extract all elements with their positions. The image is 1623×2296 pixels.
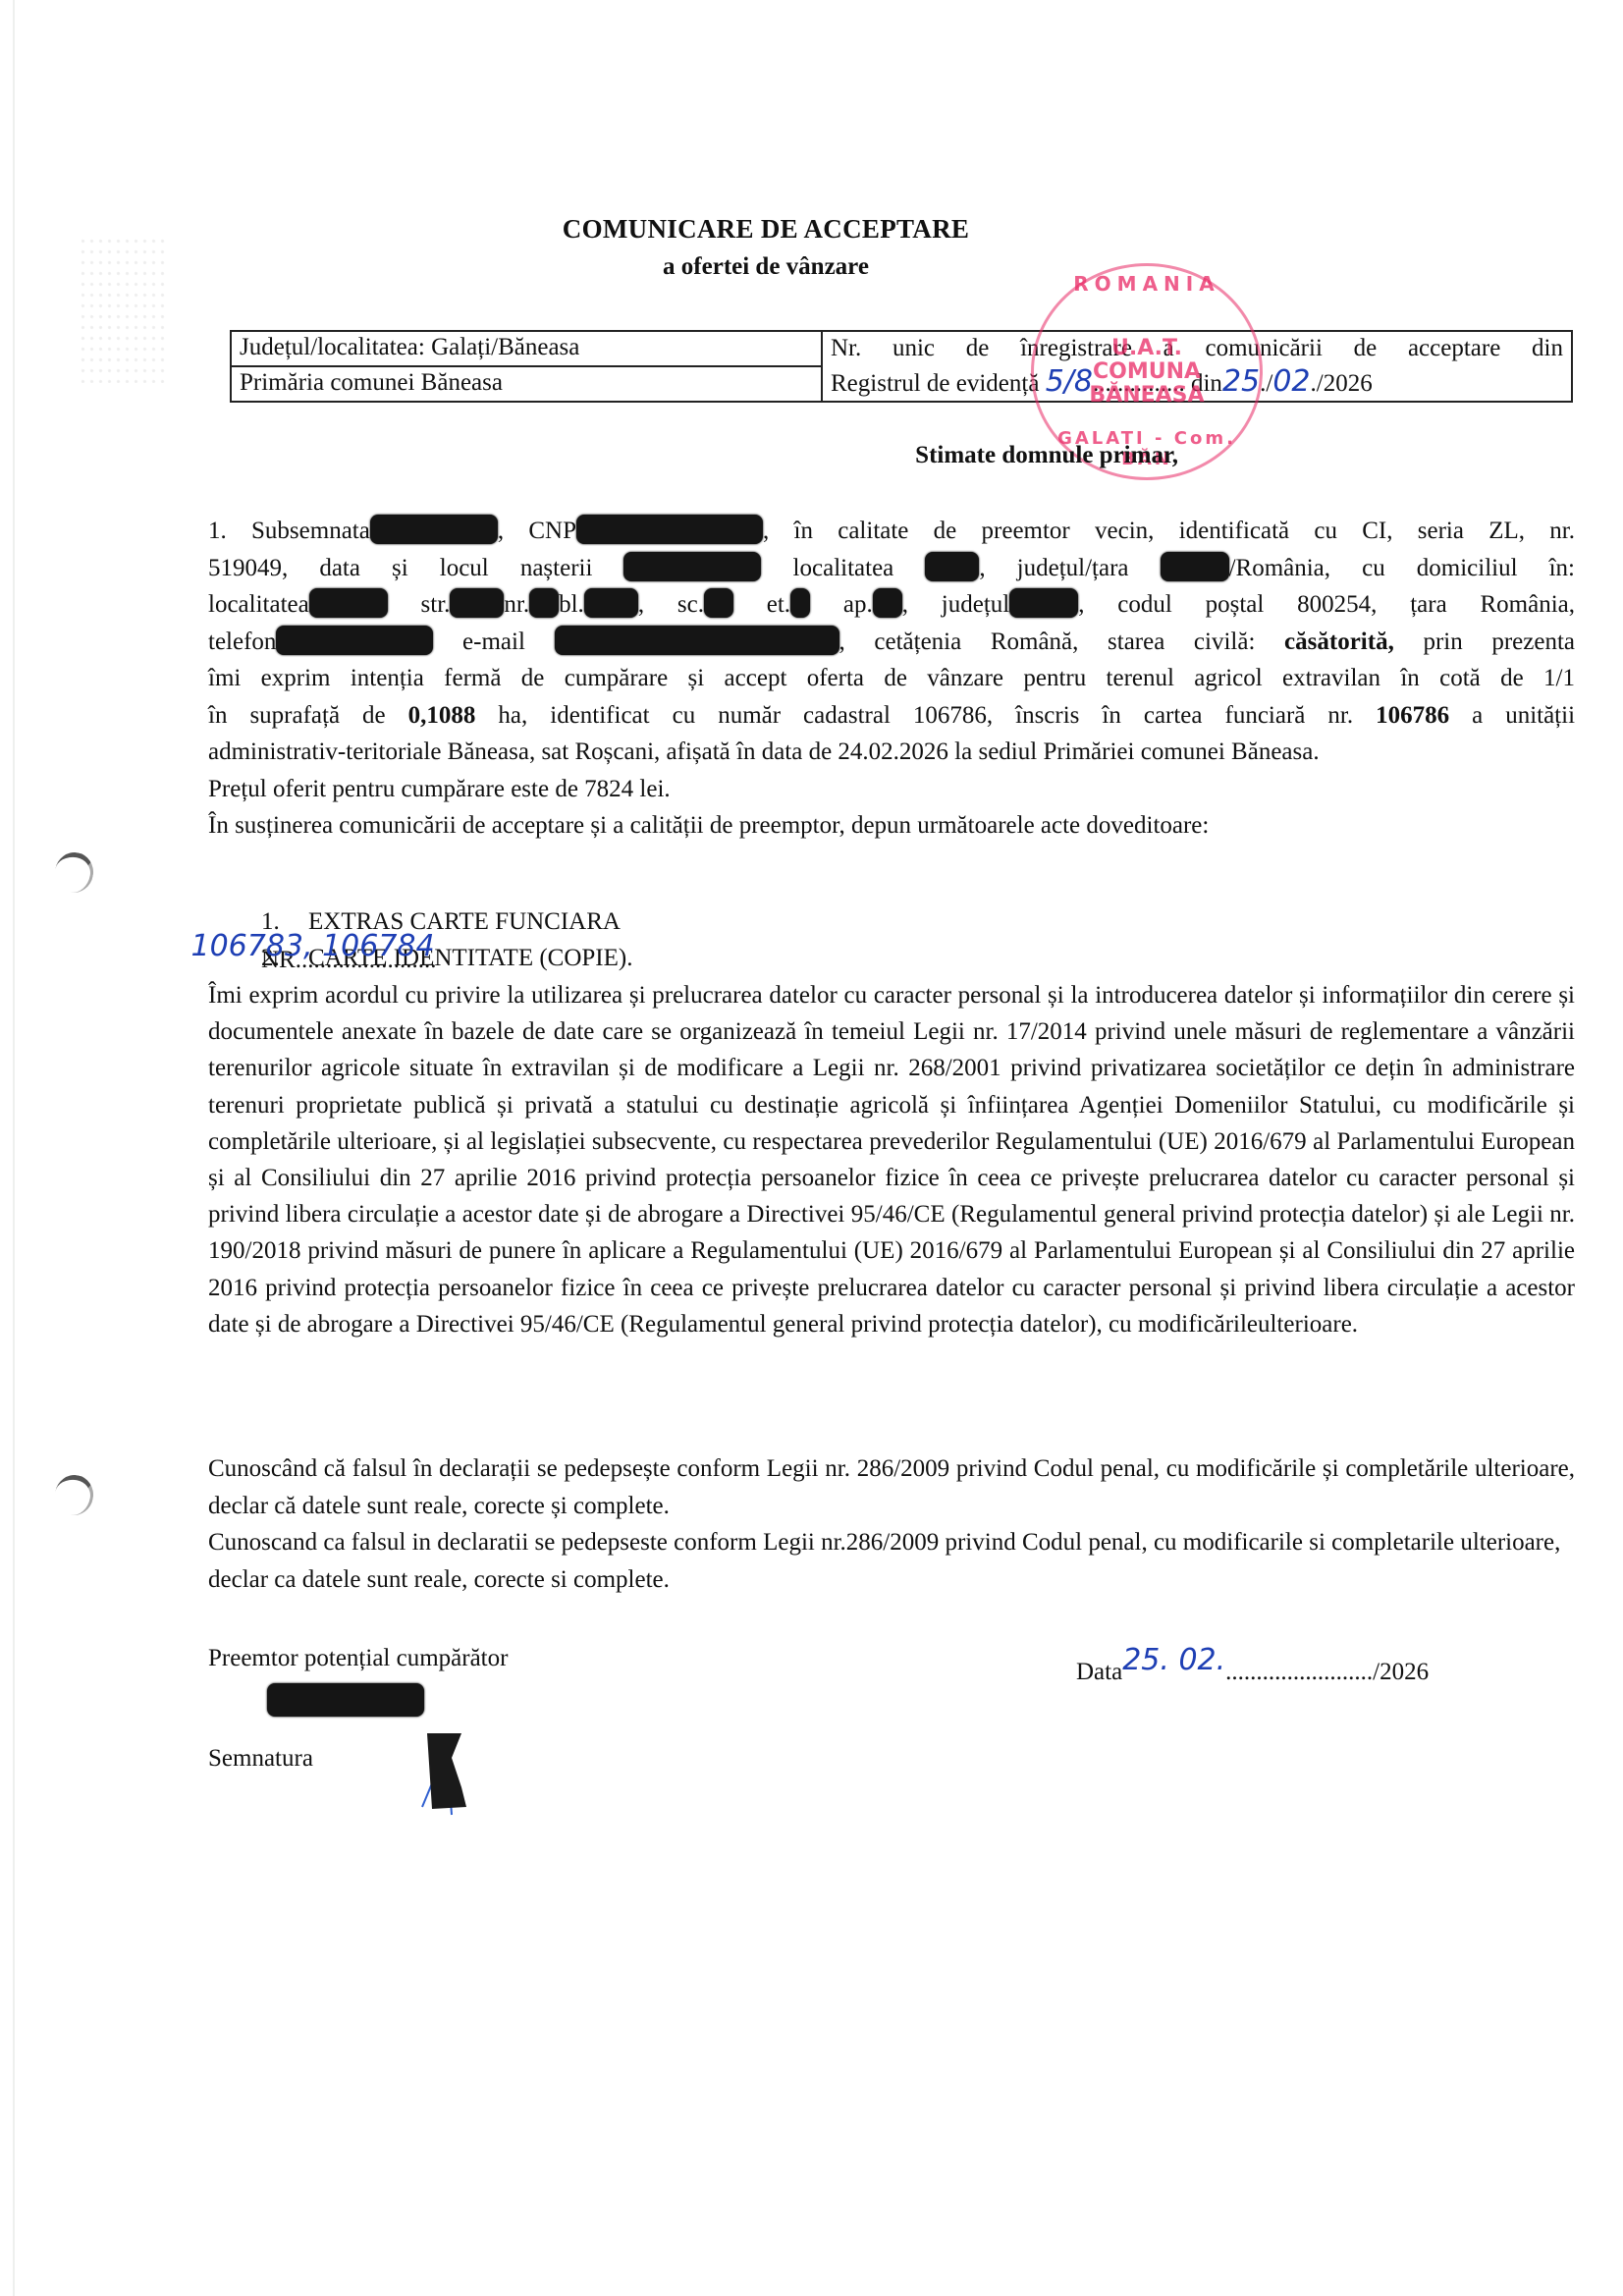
redaction-bar bbox=[925, 552, 979, 581]
scanned-document-page: COMUNICARE DE ACCEPTARE a ofertei de vân… bbox=[0, 0, 1623, 2296]
header-table: Județul/localitatea: Galați/Băneasa Nr. … bbox=[230, 330, 1573, 403]
signature-label: Semnatura bbox=[208, 1745, 313, 1773]
redaction-bar bbox=[267, 1683, 424, 1717]
list-item: 1.EXTRAS CARTE FUNCIARA NR..............… bbox=[261, 903, 798, 940]
redaction-bar bbox=[623, 552, 761, 581]
redaction-bar bbox=[309, 588, 388, 618]
redaction-bar bbox=[276, 626, 433, 655]
data-consent-paragraph: Îmi exprim acordul cu privire la utiliza… bbox=[208, 977, 1575, 1342]
declaration-diacritics: Cunoscând că falsul în declarații se ped… bbox=[208, 1450, 1575, 1524]
redaction-bar bbox=[584, 588, 638, 618]
date-line: Data25. 02........................./2026 bbox=[1076, 1653, 1429, 1687]
document-title: COMUNICARE DE ACCEPTARE bbox=[0, 214, 1532, 245]
registry-month-handwritten: 02 bbox=[1272, 364, 1310, 399]
redaction-bar bbox=[370, 515, 498, 544]
date-handwritten: 25. 02. bbox=[1122, 1643, 1225, 1677]
hole-punch-mark bbox=[52, 1472, 97, 1518]
redaction-bar bbox=[450, 588, 504, 618]
redaction-bar bbox=[529, 588, 559, 618]
redaction-bar bbox=[873, 588, 902, 618]
county-locality-cell: Județul/localitatea: Galați/Băneasa bbox=[231, 331, 822, 366]
hole-punch-mark bbox=[52, 849, 97, 896]
declaration-plain: Cunoscand ca falsul in declaratii se ped… bbox=[208, 1524, 1563, 1598]
scan-edge-line bbox=[13, 0, 15, 2296]
buyer-label: Preemtor potențial cumpărător bbox=[208, 1645, 508, 1672]
town-hall-cell: Primăria comunei Băneasa bbox=[231, 366, 822, 402]
redaction-bar bbox=[1161, 552, 1229, 581]
attached-documents-list: 1.EXTRAS CARTE FUNCIARA NR..............… bbox=[261, 903, 798, 976]
document-subtitle: a ofertei de vânzare bbox=[0, 253, 1532, 281]
redaction-bar bbox=[704, 588, 733, 618]
redaction-bar bbox=[576, 515, 763, 544]
applicant-paragraph: 1. Subsemnata, CNP, în calitate de preem… bbox=[208, 513, 1575, 845]
land-registry-numbers-handwritten: 106783, 106784 bbox=[190, 929, 434, 963]
signature-mark bbox=[412, 1728, 471, 1817]
salutation: Stimate domnule primar, bbox=[0, 442, 1178, 469]
redaction-bar bbox=[555, 626, 839, 655]
redaction-bar bbox=[790, 588, 810, 618]
redaction-bar bbox=[1009, 588, 1078, 618]
